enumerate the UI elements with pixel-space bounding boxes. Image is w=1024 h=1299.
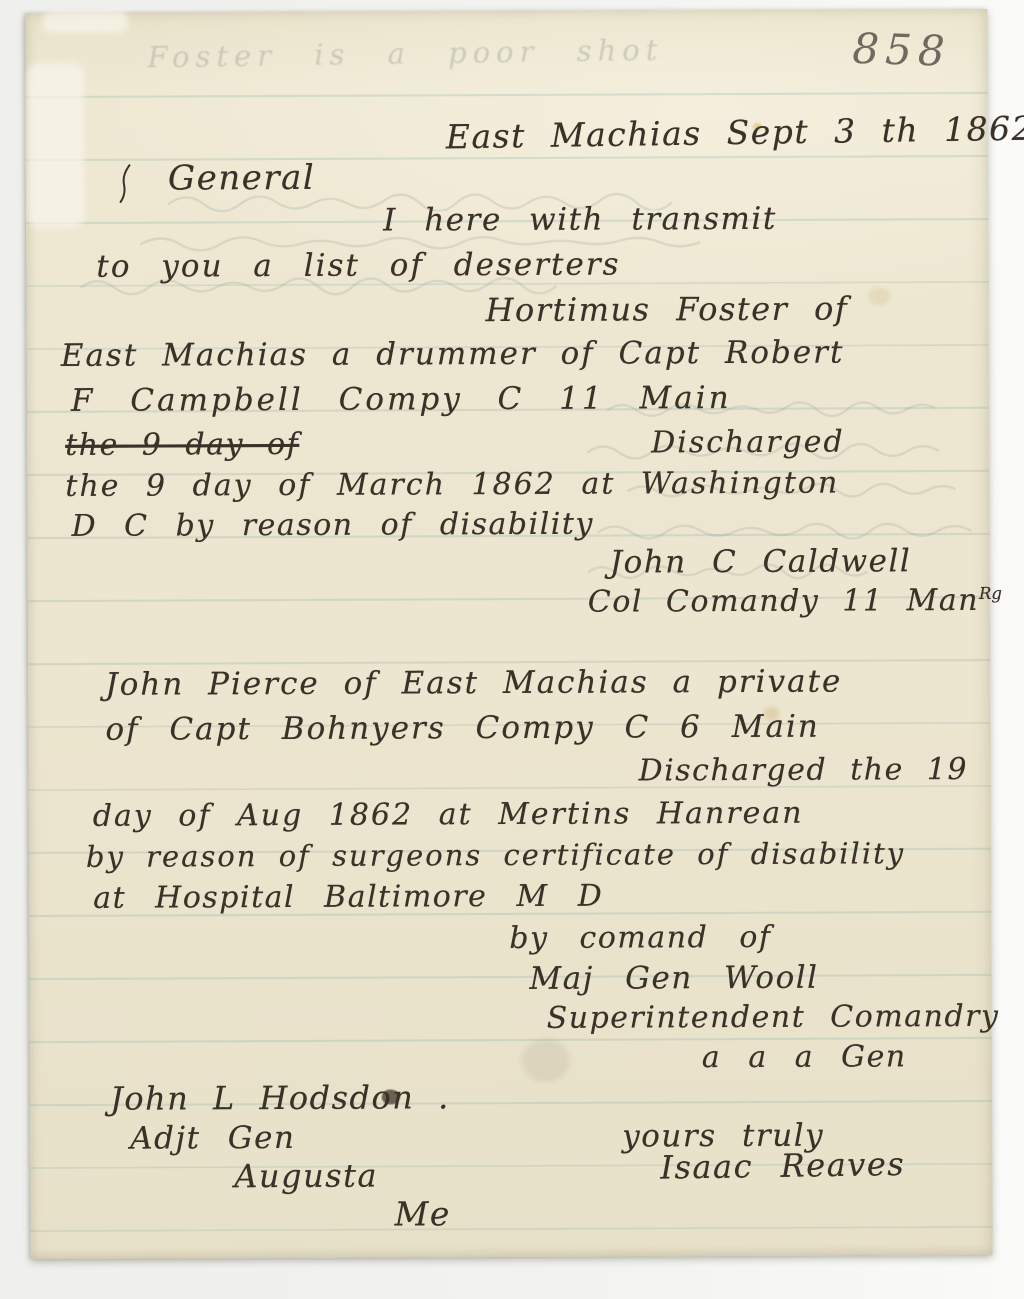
deserter-entry-line: John Pierce of East Machias a private	[105, 665, 842, 702]
deserter-entry-line: D C by reason of disability	[71, 508, 593, 543]
pencil-ghost-writing	[596, 519, 976, 541]
pen-flourish	[118, 163, 134, 205]
authority-line: Superintendent Comandry	[547, 1000, 1000, 1035]
deserter-entry-line: at Hospital Baltimore M D	[93, 880, 603, 915]
deserter-entry-line: Discharged the 19	[639, 753, 969, 787]
authority-line: Maj Gen Wooll	[529, 961, 818, 996]
signature-title: Col Comandy 11 ManRg	[588, 584, 1002, 619]
deserter-entry-line: by reason of surgeons certificate of dis…	[86, 838, 905, 873]
deserter-entry-line: Discharged	[651, 426, 845, 460]
deserter-entry-line: the 9 day of March 1862 at Washington	[65, 467, 839, 503]
body-line: I here with transmit	[383, 202, 777, 238]
addressee-name: John L Hodsdon .	[110, 1080, 450, 1117]
page-number: 858	[852, 26, 952, 75]
worn-edge-patch	[28, 63, 85, 228]
deserter-entry-line: of Capt Bohnyers Compy C 6 Main	[105, 710, 820, 747]
addressee-title: Adjt Gen	[130, 1121, 295, 1156]
authority-line: by comand of	[509, 921, 771, 955]
body-line: to you a list of deserters	[96, 248, 620, 284]
letter-page: 858 Foster is a poor shot East Machias S…	[25, 9, 992, 1259]
stain-spot	[868, 287, 890, 305]
deserter-entry-line: day of Aug 1862 at Mertins Hanrean	[93, 797, 804, 833]
signature-title-text: Col Comandy 11 Man	[588, 583, 979, 620]
deserter-entry-line: East Machias a drummer of Capt Robert	[61, 336, 845, 374]
deserter-entry-line: F Campbell Compy C 11 Main	[71, 381, 732, 418]
deserter-entry-line: Hortimus Foster of	[486, 292, 849, 329]
addressee-city: Augusta	[234, 1159, 378, 1195]
dateline: East Machias Sept 3 th 1862	[446, 111, 1024, 156]
signature-title-superscript: Rg	[979, 584, 1002, 603]
signature-name: John C Caldwell	[610, 544, 912, 579]
authority-line: a a a Gen	[702, 1040, 907, 1074]
salutation: General	[168, 160, 315, 198]
signature-name: Isaac Reaves	[660, 1147, 905, 1186]
addressee-state: Me	[394, 1196, 450, 1233]
struck-out-text: the 9 day of	[65, 428, 299, 462]
stain-spot	[522, 1039, 570, 1083]
worn-corner-patch	[43, 11, 127, 33]
